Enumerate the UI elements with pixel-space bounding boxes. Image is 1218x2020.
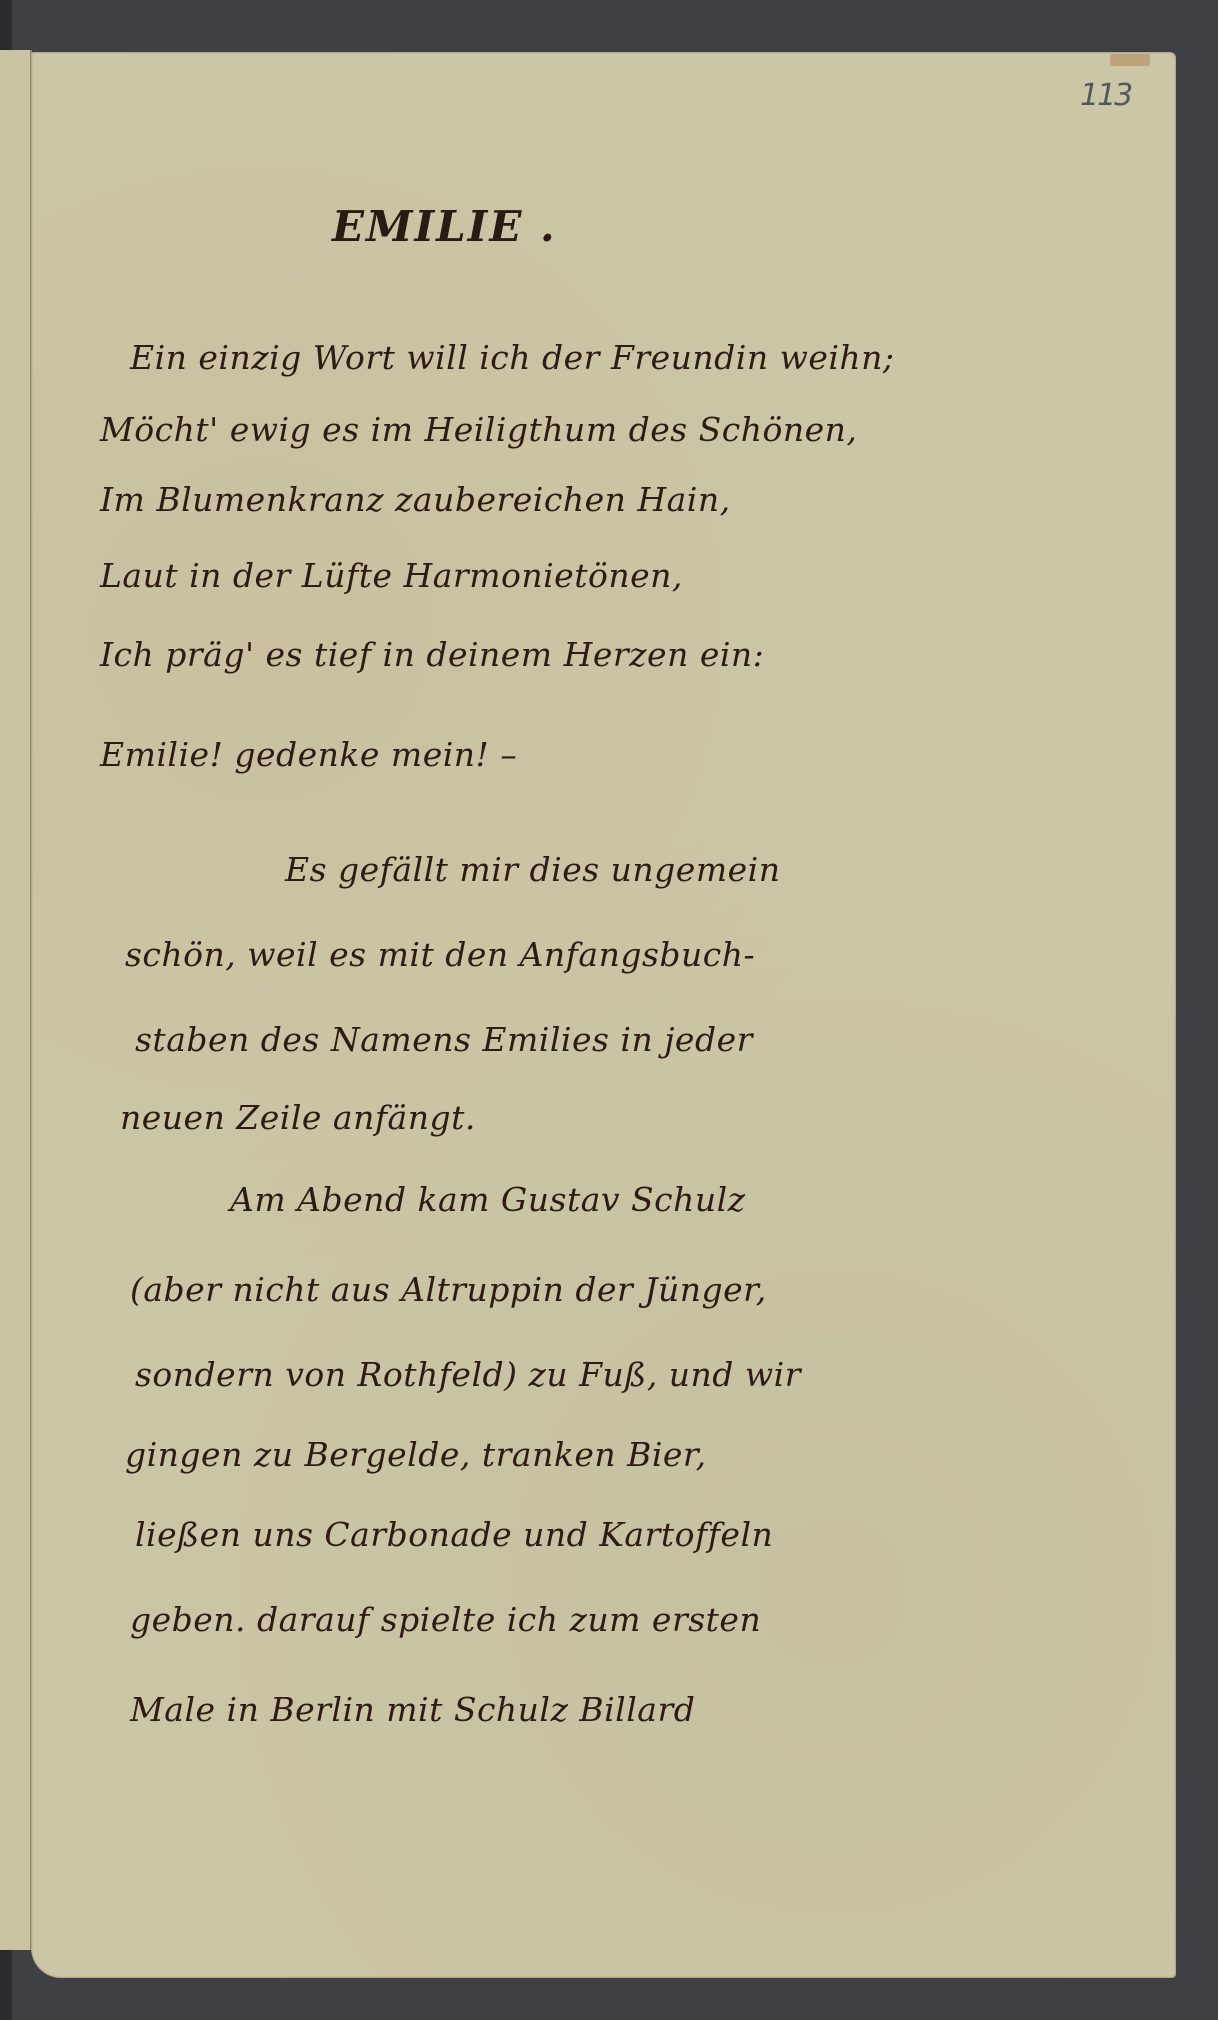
paper-stain bbox=[1110, 54, 1150, 66]
poem-line: Im Blumenkranz zaubereichen Hain, bbox=[100, 480, 731, 519]
facing-page-edge bbox=[0, 50, 32, 1950]
poem-line: Emilie! gedenke mein! – bbox=[100, 735, 517, 774]
prose-line: geben. darauf spielte ich zum ersten bbox=[130, 1600, 761, 1639]
prose-line: Am Abend kam Gustav Schulz bbox=[230, 1180, 746, 1219]
folio-number: 113 bbox=[1080, 78, 1131, 113]
poem-line: Laut in der Lüfte Harmonietönen, bbox=[100, 556, 683, 595]
prose-line: Es gefällt mir dies ungemein bbox=[285, 850, 780, 889]
prose-line: staben des Namens Emilies in jeder bbox=[135, 1020, 753, 1059]
poem-line: Ein einzig Wort will ich der Freundin we… bbox=[130, 338, 895, 377]
prose-line: neuen Zeile anfängt. bbox=[120, 1098, 476, 1137]
prose-line: gingen zu Bergelde, tranken Bier, bbox=[125, 1435, 707, 1474]
prose-line: Male in Berlin mit Schulz Billard bbox=[130, 1690, 695, 1729]
prose-line: schön, weil es mit den Anfangsbuch- bbox=[125, 935, 755, 974]
prose-line: ließen uns Carbonade und Kartoffeln bbox=[135, 1515, 773, 1554]
prose-line: (aber nicht aus Altruppin der Jünger, bbox=[130, 1270, 767, 1309]
poem-line: Ich präg' es tief in deinem Herzen ein: bbox=[100, 635, 764, 674]
prose-line: sondern von Rothfeld) zu Fuß, und wir bbox=[135, 1355, 801, 1394]
page-title: EMILIE . bbox=[332, 202, 557, 251]
poem-line: Möcht' ewig es im Heiligthum des Schönen… bbox=[100, 410, 857, 449]
